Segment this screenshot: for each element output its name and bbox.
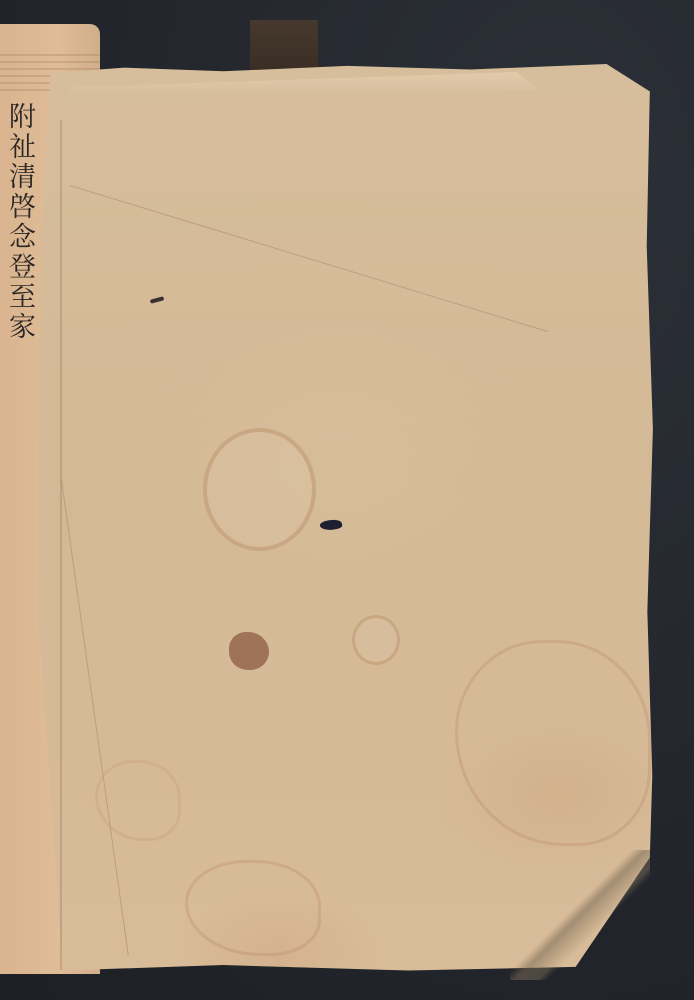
vertical-chinese-text: 附祉清啓念登至家 <box>3 102 35 342</box>
brown-blot <box>229 632 269 670</box>
photo-scene: 附祉清啓念登至家 <box>0 0 694 1000</box>
bottom-right-corner-fold <box>510 850 650 980</box>
page-left-edge <box>60 120 62 970</box>
ring-stain-large <box>203 428 316 551</box>
ring-stain-small <box>352 615 400 665</box>
